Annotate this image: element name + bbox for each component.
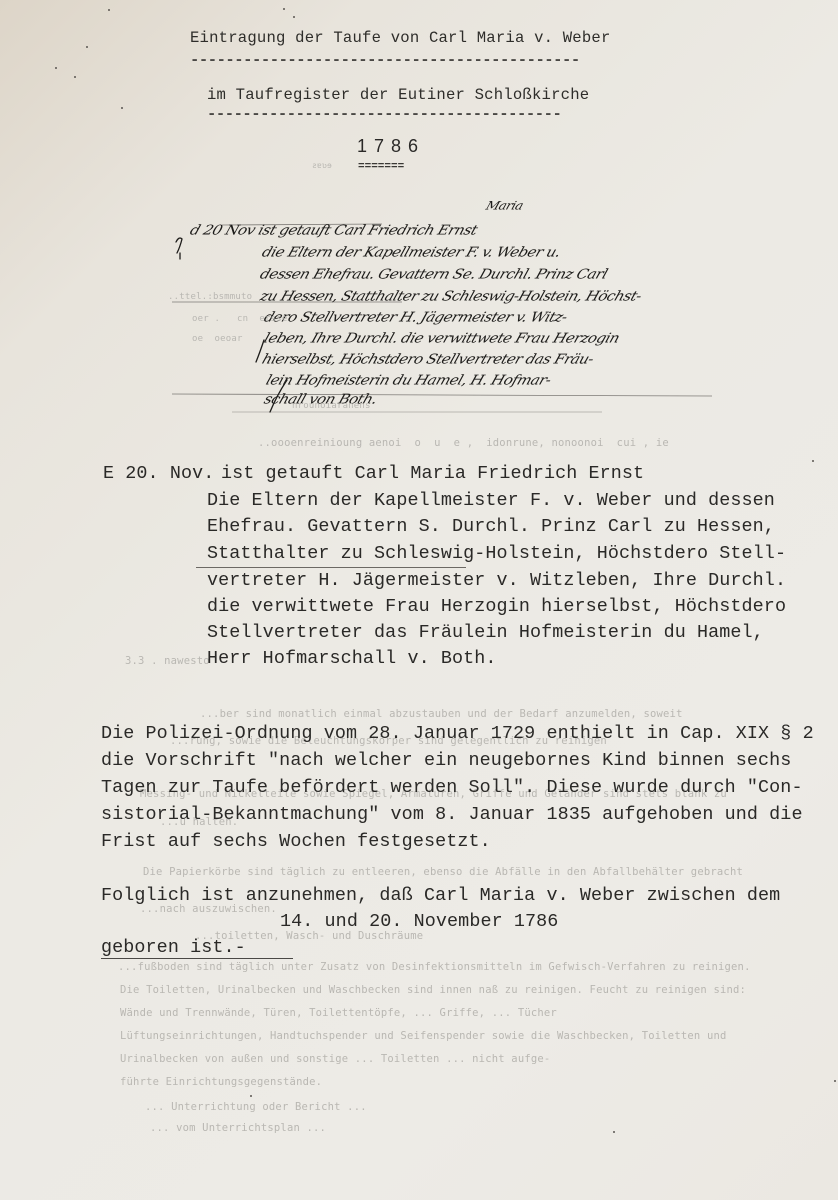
manuscript-line: Maria bbox=[484, 200, 525, 214]
show-through-text: Urinalbecken von außen und sonstige ... … bbox=[120, 1053, 550, 1065]
year-heading: 1786 bbox=[357, 137, 425, 155]
title-line-2: im Taufregister der Eutiner Schloßkirche bbox=[207, 88, 589, 104]
manuscript-line: zu Hessen, Statthalter zu Schleswig-Hols… bbox=[258, 288, 644, 304]
commentary-line: sistorial-Bekanntmachung" vom 8. Januar … bbox=[101, 806, 803, 824]
commentary-line: die Vorschrift "nach welcher ein neugebo… bbox=[101, 752, 791, 770]
paper-speck bbox=[108, 9, 110, 11]
transcription-line: Die Eltern der Kapellmeister F. v. Weber… bbox=[207, 492, 775, 510]
show-through-text: ... vom Unterrichtsplan ... bbox=[150, 1122, 326, 1134]
commentary-line: Die Polizei-Ordnung vom 28. Januar 1729 … bbox=[101, 725, 814, 743]
manuscript-line: die Eltern der Kapellmeister F. v. Weber… bbox=[260, 244, 563, 260]
paper-speck bbox=[250, 1095, 252, 1097]
commentary-line: Tagen zur Taufe befördert werden Soll". … bbox=[101, 779, 803, 797]
conclusion-line-1: Folglich ist anzunehmen, daß Carl Maria … bbox=[101, 887, 780, 905]
conclusion-underline bbox=[101, 958, 293, 959]
transcription-line: ist getauft Carl Maria Friedrich Ernst bbox=[221, 465, 644, 483]
paper-speck bbox=[55, 67, 57, 69]
paper-speck bbox=[74, 76, 76, 78]
show-through-text: ..ttel.:bsmmuto bbox=[168, 292, 252, 302]
paper-speck bbox=[283, 8, 285, 10]
document-page: Eintragung der Taufe von Carl Maria v. W… bbox=[0, 0, 838, 1200]
show-through-text: ..oooenreinioung aenoi o u e , idonrune,… bbox=[258, 437, 669, 449]
transcription-line: Herr Hofmarschall v. Both. bbox=[207, 650, 497, 668]
manuscript-line: d 20 Nov ist getauft Carl Friedrich Erns… bbox=[188, 222, 479, 238]
manuscript-line: hierselbst, Höchstdero Stellvertreter da… bbox=[260, 351, 596, 367]
title-line-1: Eintragung der Taufe von Carl Maria v. W… bbox=[190, 31, 611, 47]
show-through-text: Wände und Trennwände, Türen, Toilettentö… bbox=[120, 1007, 557, 1019]
show-through-text: Die Papierkörbe sind täglich zu entleere… bbox=[143, 866, 743, 878]
transcription-line: vertreter H. Jägermeister v. Witzleben, … bbox=[207, 572, 786, 590]
show-through-text: ƨɐʋɘ bbox=[312, 161, 332, 170]
show-through-text: führte Einrichtungsgegenstände. bbox=[120, 1076, 322, 1088]
show-through-text: oe oeoar bbox=[192, 334, 243, 344]
manuscript-line: lein Hofmeisterin du Hamel, H. Hofmar- bbox=[264, 372, 553, 388]
handwritten-register-copy: Maria d 20 Nov ist getauft Carl Friedric… bbox=[172, 190, 712, 415]
transcription-line: Stellvertreter das Fräulein Hofmeisterin… bbox=[207, 624, 764, 642]
commentary-line: Frist auf sechs Wochen festgesetzt. bbox=[101, 833, 491, 851]
show-through-text: ...ber sind monatlich einmal abzustauben… bbox=[200, 708, 683, 720]
paper-speck bbox=[86, 46, 88, 48]
transcription-line: Ehefrau. Gevattern S. Durchl. Prinz Carl… bbox=[207, 518, 775, 536]
paper-speck bbox=[834, 1080, 836, 1082]
title-line-2-underline: ---------------------------------------- bbox=[207, 107, 561, 123]
show-through-text: Lüftungseinrichtungen, Handtuchspender u… bbox=[120, 1030, 727, 1042]
paper-speck bbox=[293, 16, 295, 18]
paper-speck bbox=[613, 1131, 615, 1133]
show-through-text: ... Unterrichtung oder Bericht ... bbox=[145, 1101, 367, 1113]
show-through-text: ...fußboden sind täglich unter Zusatz vo… bbox=[118, 961, 751, 973]
conclusion-line-3: geboren ist.- bbox=[101, 939, 246, 957]
title-line-1-underline: ----------------------------------------… bbox=[190, 53, 580, 69]
show-through-text: oer . cn ersse bbox=[192, 314, 288, 324]
stray-underline bbox=[196, 567, 466, 568]
paper-speck bbox=[812, 460, 814, 462]
year-underline: ======= bbox=[358, 162, 404, 173]
transcription-line: Statthalter zu Schleswig-Holstein, Höchs… bbox=[207, 545, 786, 563]
conclusion-line-2: 14. und 20. November 1786 bbox=[280, 913, 558, 931]
show-through-text: 3.3 . nawesto bbox=[125, 655, 210, 667]
manuscript-line: dessen Ehefrau. Gevattern Se. Durchl. Pr… bbox=[258, 266, 610, 282]
manuscript-line: leben, Ihre Durchl. die verwittwete Frau… bbox=[262, 330, 622, 346]
transcription-line: die verwittwete Frau Herzogin hierselbst… bbox=[207, 598, 786, 616]
paper-speck bbox=[121, 107, 123, 109]
show-through-text: Die Toiletten, Urinalbecken und Waschbec… bbox=[120, 984, 746, 996]
entry-date: E 20. Nov. bbox=[103, 465, 214, 483]
manuscript-line: dero Stellvertreter H. Jägermeister v. W… bbox=[262, 309, 569, 325]
show-through-text: nrounoiaranens bbox=[292, 401, 371, 411]
